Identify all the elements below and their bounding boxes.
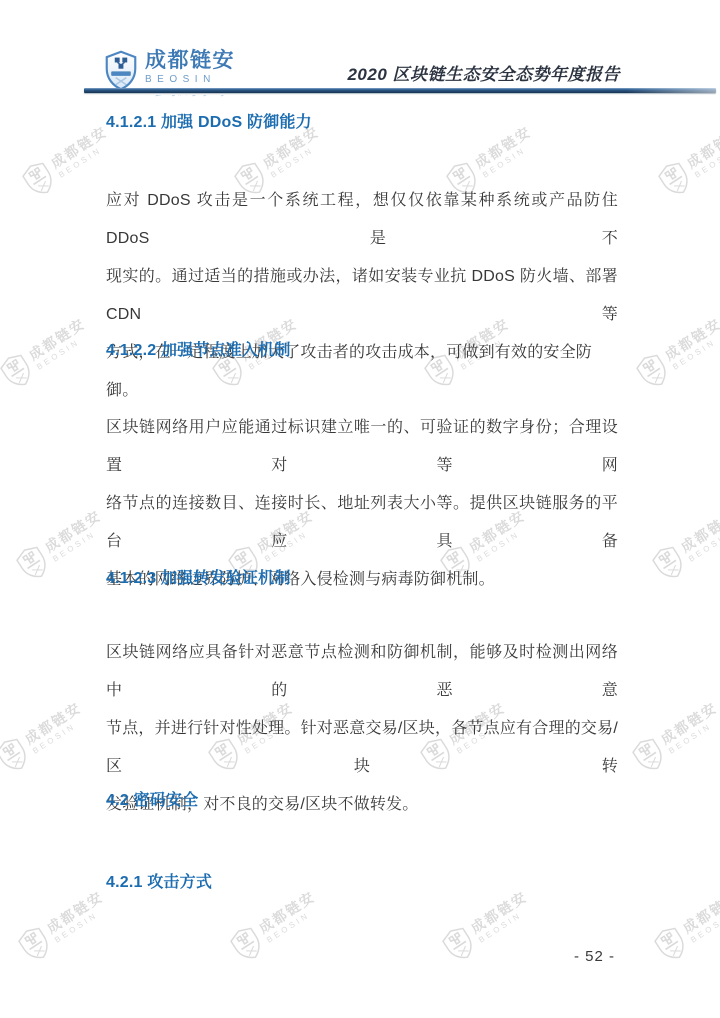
section-heading-4-1-2-3: 4.1.2.3 加强转发验证机制 — [106, 569, 291, 589]
beosin-logo-en: BEOSIN — [145, 75, 235, 85]
report-page: 成都链安 BEOSIN 成都链安 BEOSIN — [0, 0, 720, 1018]
beosin-logo-cn: 成都链安 — [145, 50, 235, 71]
page-number: - 52 - — [574, 948, 615, 965]
paragraph-line: 区块链网络用户应能通过标识建立唯一的、可验证的数字身份；合理设置对等网 — [106, 409, 618, 485]
paragraph-line: 应对 DDoS 攻击是一个系统工程，想仅仅依靠某种系统或产品防住 DDoS 是不 — [106, 182, 618, 258]
report-title: 2020 区块链生态安全态势年度报告 — [347, 60, 620, 85]
beosin-shield-icon — [103, 50, 139, 91]
section-heading-4-1-2-1: 4.1.2.1 加强 DDoS 防御能力 — [106, 113, 312, 133]
beosin-logo-words: 成都链安 BEOSIN — [145, 50, 235, 85]
paragraph-ddos-defense: 应对 DDoS 攻击是一个系统工程，想仅仅依靠某种系统或产品防住 DDoS 是不… — [106, 182, 618, 410]
section-heading-4-1-2-2: 4.1.2.2 加强节点准入机制 — [106, 341, 291, 361]
section-heading-4-2-1: 4.2.1 攻击方式 — [106, 873, 212, 893]
content-layer: 成都链安 BEOSIN 2020 区块链生态安全态势年度报告 成都链安 BEOS… — [0, 0, 720, 1018]
paragraph-line: 络节点的连接数目、连接时长、地址列表大小等。提供区块链服务的平台应具备 — [106, 485, 618, 561]
section-heading-4-2: 4.2 密码安全 — [106, 791, 198, 811]
paragraph-line: 节点，并进行针对性处理。针对恶意交易/区块，各节点应有合理的交易/区块转 — [106, 710, 618, 786]
header-rule — [84, 88, 716, 93]
paragraph-line: 现实的。通过适当的措施或办法，诸如安装专业抗 DDoS 防火墙、部署 CDN 等 — [106, 258, 618, 334]
beosin-logo: 成都链安 BEOSIN — [103, 50, 235, 91]
paragraph-line: 区块链网络应具备针对恶意节点检测和防御机制，能够及时检测出网络中的恶意 — [106, 634, 618, 710]
